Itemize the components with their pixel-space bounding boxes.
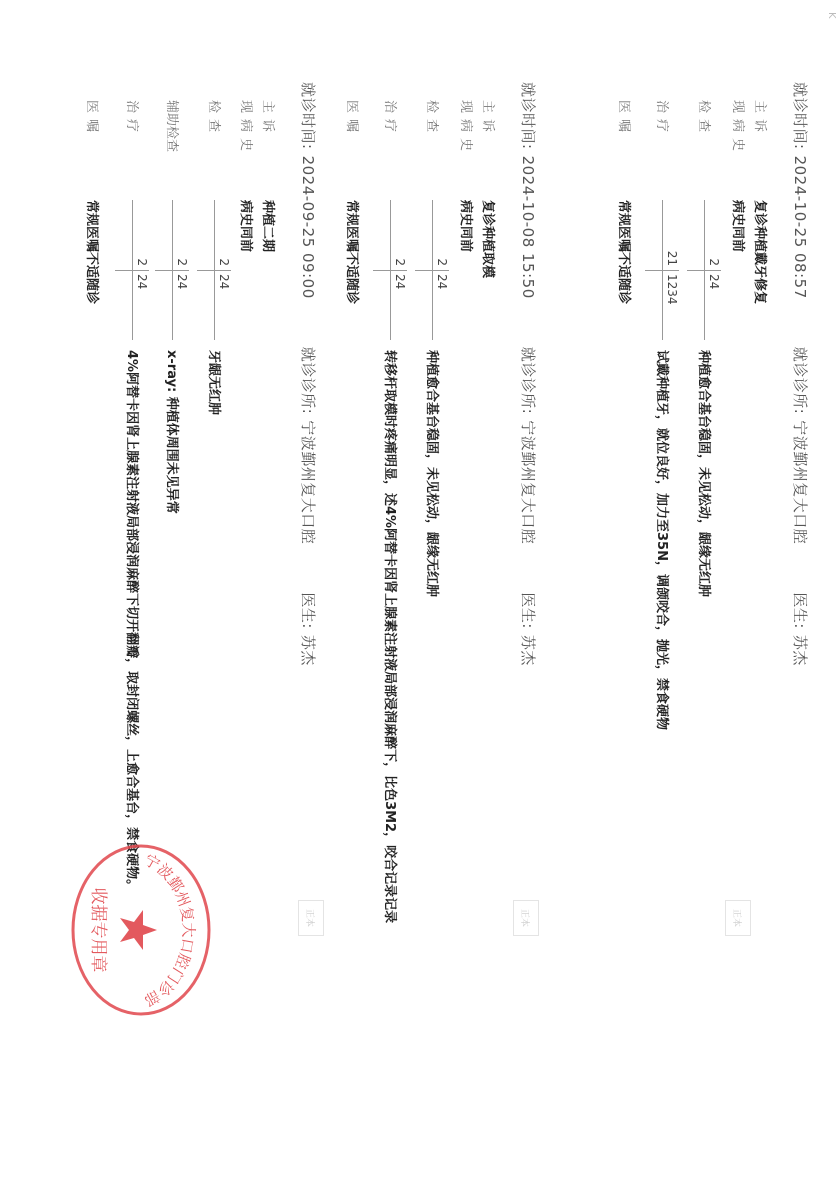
- tooth-position-chart: 2 24: [115, 200, 149, 340]
- doctor-name: 苏杰: [791, 635, 809, 666]
- advice-label: 医嘱: [616, 100, 635, 180]
- original-copy-mark: 正本: [513, 900, 539, 936]
- advice-label: 医嘱: [84, 100, 103, 180]
- medical-record-sheet: K 就诊时间:2024-10-25 08:57就诊诊所:宁波鄞州复大口腔医生:苏…: [0, 0, 839, 1187]
- auxiliary-exam-label: 辅助检查: [164, 100, 183, 180]
- present-illness-label: 现病史: [730, 100, 749, 180]
- doctor-name: 苏杰: [299, 635, 317, 666]
- doctor-label: 医生:: [791, 592, 809, 629]
- visit-time-label: 就诊时间:: [519, 82, 537, 150]
- examination-label: 检查: [206, 100, 225, 180]
- doctor-label: 医生:: [519, 592, 537, 629]
- receipt-seal-icon: 宁波鄞州复大口腔门诊部 收据专用章: [69, 840, 219, 1020]
- visit-time: 2024-10-25 08:57: [791, 156, 809, 299]
- chief-complaint: 复诊种植取模: [480, 200, 499, 278]
- chief-complaint-label: 主诉: [480, 100, 499, 180]
- treatment-detail: 转移杆取模时疼痛明显，述4%阿替卡因肾上腺素注射液局部浸润麻醉下，比色3M2，咬…: [382, 350, 401, 923]
- advice: 常规医嘱不适随诊: [616, 200, 635, 304]
- tooth-position-chart: 2 24: [415, 200, 449, 340]
- original-copy-mark: 正本: [298, 900, 324, 936]
- auxiliary-exam-detail: x-ray: 种植体周围未见异常: [164, 350, 183, 514]
- examination-detail: 牙龈无红肿: [206, 350, 225, 415]
- visit-time-label: 就诊时间:: [299, 82, 317, 150]
- corner-mark: K: [826, 12, 837, 19]
- advice: 常规医嘱不适随诊: [84, 200, 103, 304]
- clinic-label: 就诊诊所:: [519, 347, 537, 415]
- tooth-position-chart: 2 24: [373, 200, 407, 340]
- clinic-name: 宁波鄞州复大口腔: [791, 420, 809, 544]
- tooth-position-chart: 2 24: [197, 200, 231, 340]
- chief-complaint-label: 主诉: [260, 100, 279, 180]
- advice-label: 医嘱: [344, 100, 363, 180]
- present-illness: 病史同前: [458, 200, 477, 252]
- examination-label: 检查: [424, 100, 443, 180]
- tooth-position-chart: 21 1234: [645, 200, 679, 340]
- clinic-name: 宁波鄞州复大口腔: [519, 420, 537, 544]
- chief-complaint: 种植二期: [260, 200, 279, 252]
- visit-time: 2024-10-08 15:50: [519, 156, 537, 299]
- chief-complaint-label: 主诉: [752, 100, 771, 180]
- svg-text:收据专用章: 收据专用章: [88, 888, 109, 973]
- tooth-position-chart: 2 24: [155, 200, 189, 340]
- tooth-position-chart: 2 24: [687, 200, 721, 340]
- record-header: 就诊时间:2024-10-08 15:50就诊诊所:宁波鄞州复大口腔医生:苏杰: [518, 82, 539, 672]
- record-header: 就诊时间:2024-10-25 08:57就诊诊所:宁波鄞州复大口腔医生:苏杰: [790, 82, 811, 672]
- present-illness: 病史同前: [730, 200, 749, 252]
- chief-complaint: 复诊种植戴牙修复: [752, 200, 771, 304]
- treatment-label: 治疗: [382, 100, 401, 180]
- clinic-label: 就诊诊所:: [791, 347, 809, 415]
- original-copy-mark: 正本: [725, 900, 751, 936]
- treatment-detail: 试戴种植牙，就位良好，加力至35N，调颌咬合，抛光，禁食硬物: [654, 350, 673, 730]
- treatment-label: 治疗: [654, 100, 673, 180]
- clinic-name: 宁波鄞州复大口腔: [299, 420, 317, 544]
- present-illness-label: 现病史: [238, 100, 257, 180]
- treatment-label: 治疗: [124, 100, 143, 180]
- examination-detail: 种植愈合基台稳固，未见松动，龈缘无红肿: [696, 350, 715, 597]
- doctor-label: 医生:: [299, 592, 317, 629]
- present-illness: 病史同前: [238, 200, 257, 252]
- present-illness-label: 现病史: [458, 100, 477, 180]
- record-header: 就诊时间:2024-09-25 09:00就诊诊所:宁波鄞州复大口腔医生:苏杰: [298, 82, 319, 672]
- examination-label: 检查: [696, 100, 715, 180]
- treatment-detail: 4%阿替卡因肾上腺素注射液局部浸润麻醉下切开翻瓣，取封闭螺丝，上愈合基台，禁食硬…: [124, 350, 143, 892]
- examination-detail: 种植愈合基台稳固，未见松动，龈缘无红肿: [424, 350, 443, 597]
- doctor-name: 苏杰: [519, 635, 537, 666]
- clinic-label: 就诊诊所:: [299, 347, 317, 415]
- visit-time: 2024-09-25 09:00: [299, 156, 317, 299]
- advice: 常规医嘱不适随诊: [344, 200, 363, 304]
- visit-time-label: 就诊时间:: [791, 82, 809, 150]
